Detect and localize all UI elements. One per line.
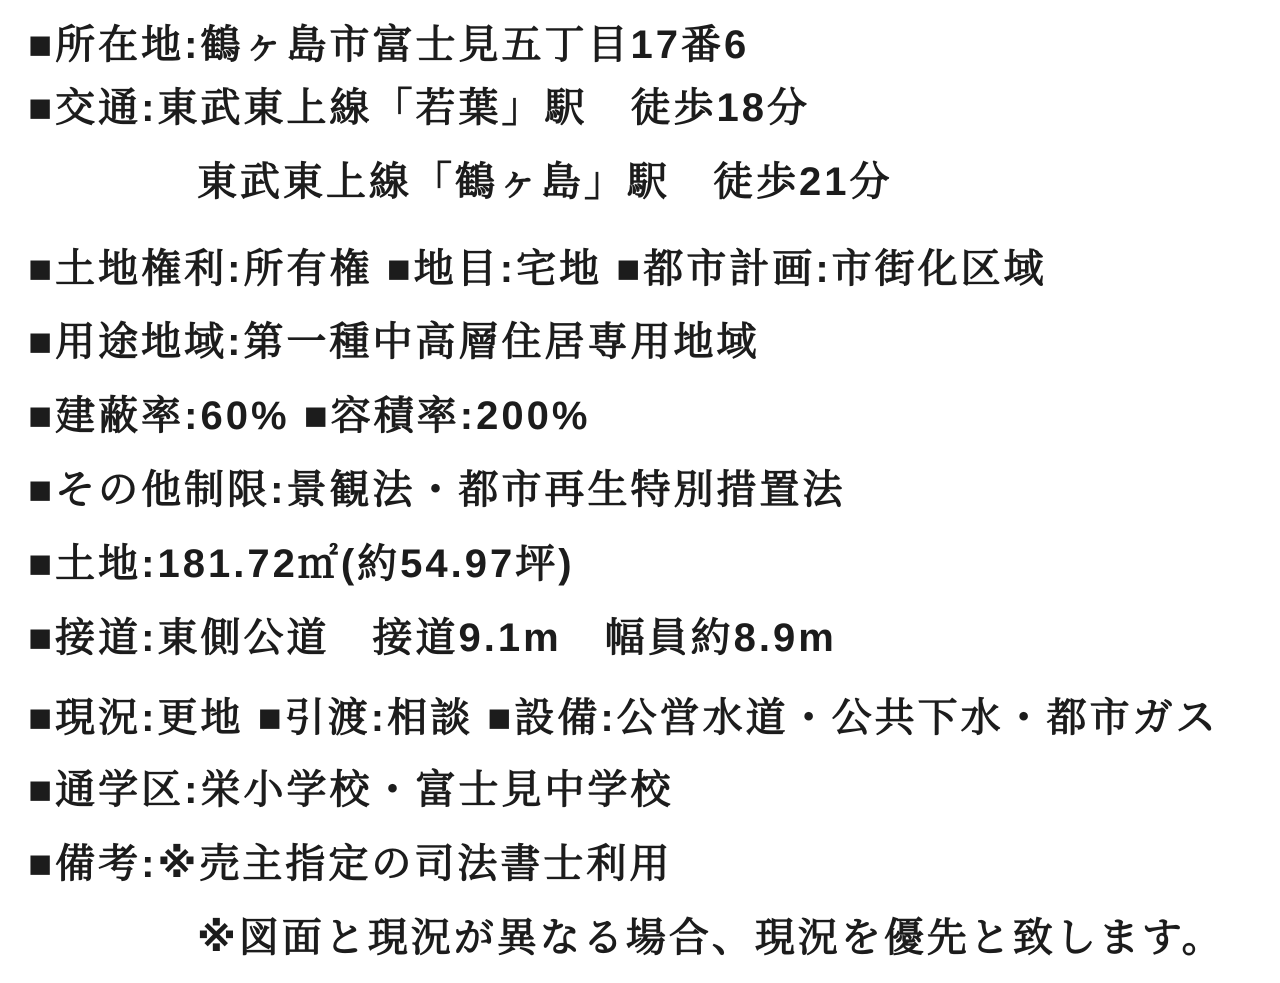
- line-road-frontage: ■接道:東側公道 接道9.1m 幅員約8.9m: [28, 614, 837, 662]
- line-zoning: ■用途地域:第一種中高層住居専用地域: [28, 318, 759, 366]
- line-access-2: 東武東上線「鶴ヶ島」駅 徒歩21分: [197, 158, 893, 206]
- line-access-1: ■交通:東武東上線「若葉」駅 徒歩18分: [28, 84, 810, 132]
- line-school-district: ■通学区:栄小学校・富士見中学校: [28, 766, 673, 814]
- line-other-restrictions: ■その他制限:景観法・都市再生特別措置法: [28, 466, 845, 514]
- line-land-area: ■土地:181.72㎡(約54.97坪): [28, 540, 575, 588]
- line-remarks-2: ※図面と現況が異なる場合、現況を優先と致します。: [197, 914, 1225, 962]
- line-location: ■所在地:鶴ヶ島市富士見五丁目17番6: [28, 21, 749, 69]
- line-status-handover-utilities: ■現況:更地 ■引渡:相談 ■設備:公営水道・公共下水・都市ガス: [28, 694, 1219, 742]
- property-sheet: ■所在地:鶴ヶ島市富士見五丁目17番6 ■交通:東武東上線「若葉」駅 徒歩18分…: [0, 0, 1280, 983]
- line-coverage-floor-ratio: ■建蔽率:60% ■容積率:200%: [28, 392, 590, 440]
- line-land-rights-landcat-cityplan: ■土地権利:所有権 ■地目:宅地 ■都市計画:市街化区域: [28, 245, 1047, 293]
- line-remarks-1: ■備考:※売主指定の司法書士利用: [28, 840, 672, 888]
